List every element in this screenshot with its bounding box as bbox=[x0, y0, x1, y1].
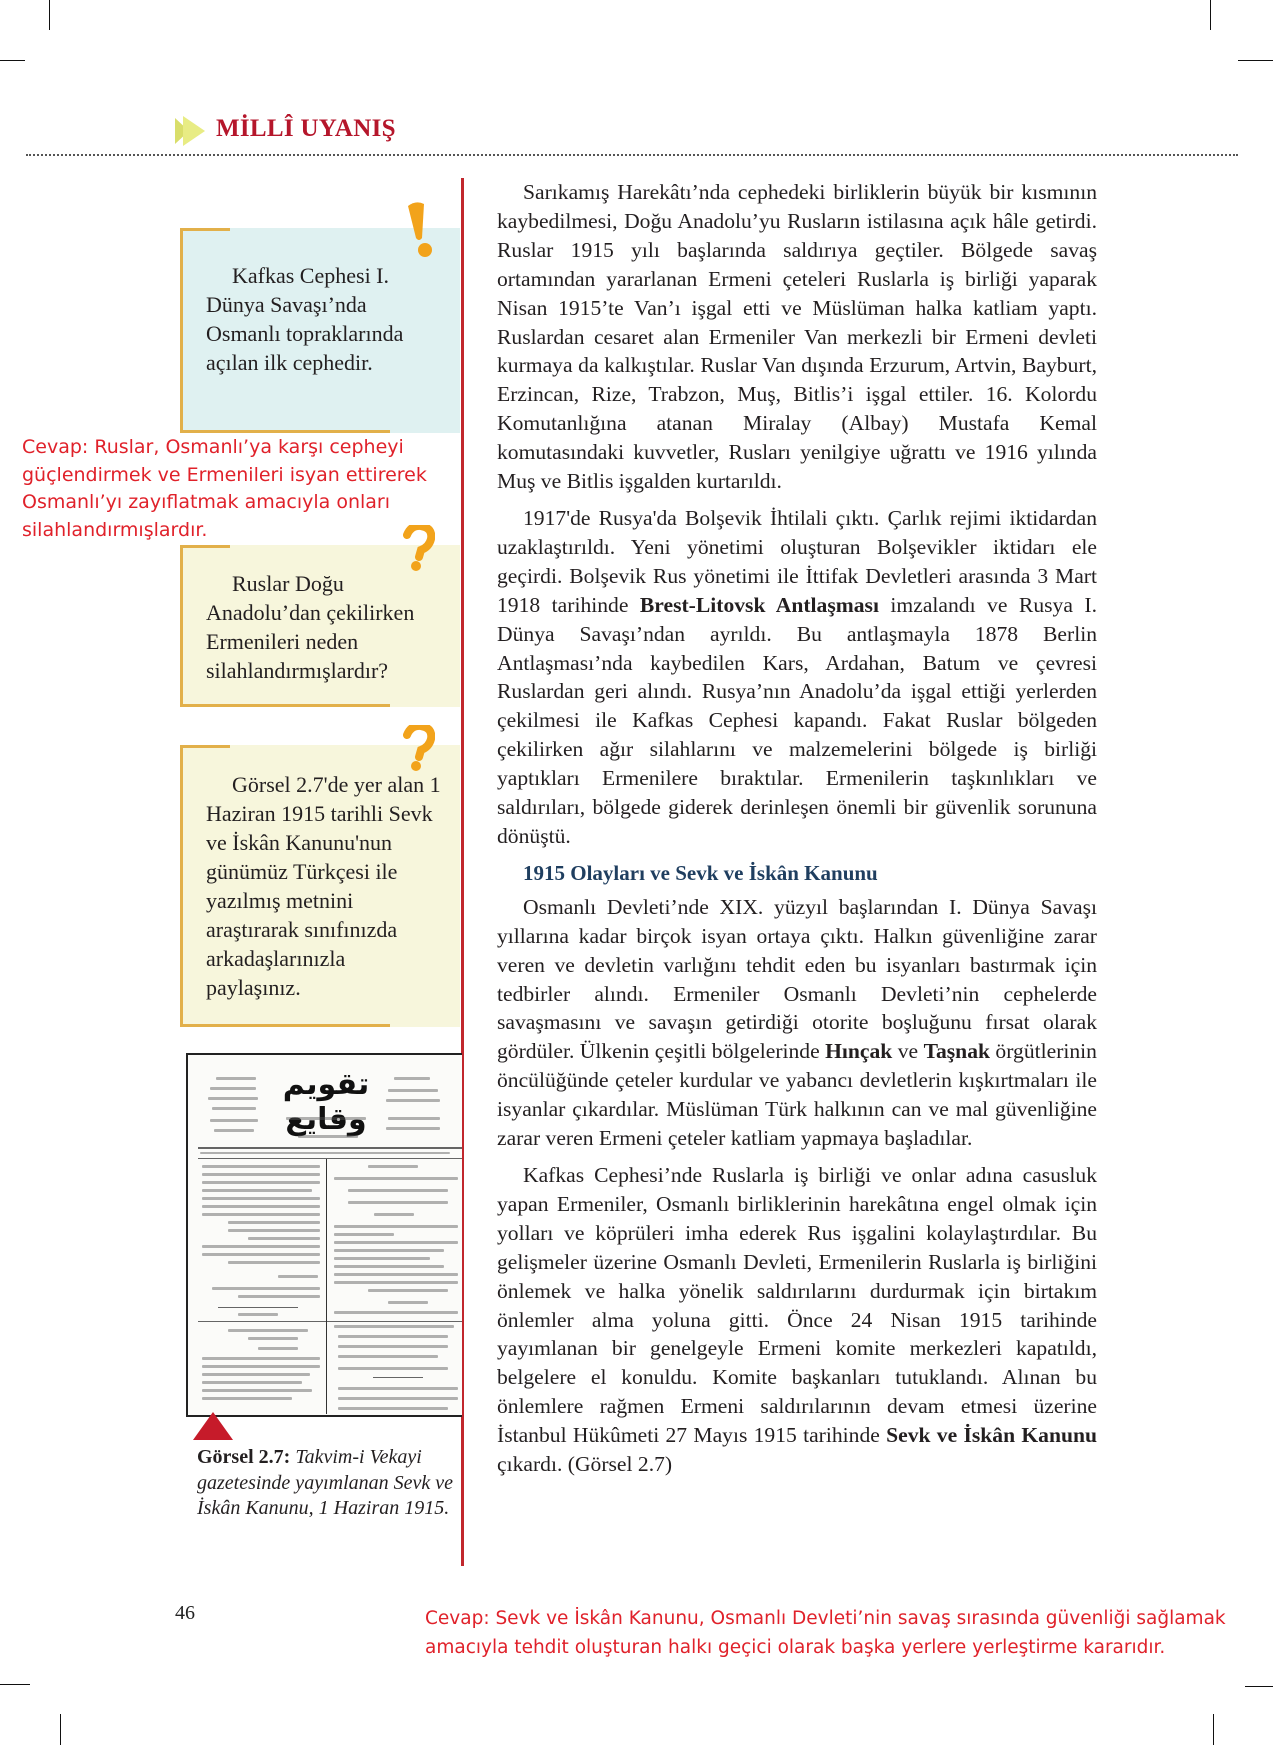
paragraph-sevk-iskan: Kafkas Cephesi’nde Ruslarla iş birliği v… bbox=[497, 1161, 1097, 1479]
main-text-column: Sarıkamış Harekâtı’nda cephedeki birlikl… bbox=[497, 178, 1097, 1487]
frame-top bbox=[180, 745, 230, 748]
subheading: 1915 Olayları ve Sevk ve İskân Kanunu bbox=[523, 859, 1097, 887]
note-text: Görsel 2.7'de yer alan 1 Haziran 1915 ta… bbox=[206, 770, 444, 1002]
page-number: 46 bbox=[175, 1602, 195, 1625]
crop-mark bbox=[1213, 1714, 1214, 1745]
term-hincak: Hınçak bbox=[825, 1039, 892, 1063]
frame-left bbox=[180, 745, 183, 1027]
paragraph-sarikamis: Sarıkamış Harekâtı’nda cephedeki birlikl… bbox=[497, 178, 1097, 496]
crop-mark bbox=[60, 1714, 61, 1745]
crop-mark bbox=[0, 1684, 30, 1685]
paragraph-rebellions: Osmanlı Devleti’nde XIX. yüzyıl başların… bbox=[497, 893, 1097, 1153]
note-text: Ruslar Doğu Anadolu’dan çekilirken Ermen… bbox=[206, 569, 444, 685]
crop-mark bbox=[1210, 0, 1211, 30]
question-mark-icon bbox=[403, 725, 435, 775]
crop-mark bbox=[0, 60, 25, 61]
note-text: Kafkas Cephesi I. Dünya Savaşı’nda Osman… bbox=[206, 261, 444, 377]
term-brest-litovsk: Brest-Litovsk Antlaşması bbox=[640, 593, 879, 617]
frame-top bbox=[180, 545, 230, 548]
question-mark-icon bbox=[403, 525, 435, 575]
frame-top bbox=[180, 228, 230, 231]
figure-marker-triangle-icon bbox=[193, 1412, 233, 1440]
caption-label: Görsel 2.7: bbox=[197, 1446, 290, 1468]
figure-caption: Görsel 2.7: Takvim-i Vekayi gazetesinde … bbox=[197, 1445, 462, 1522]
frame-bottom bbox=[180, 1024, 390, 1027]
double-arrow-right-icon bbox=[175, 116, 209, 146]
term-tasnak: Taşnak bbox=[924, 1039, 990, 1063]
frame-left bbox=[180, 545, 183, 707]
term-sevk-iskan-kanunu: Sevk ve İskân Kanunu bbox=[886, 1423, 1097, 1447]
newspaper-image: تقويم وقايع bbox=[186, 1053, 462, 1417]
answer-text-2: Cevap: Sevk ve İskân Kanunu, Osmanlı Dev… bbox=[425, 1604, 1265, 1662]
crop-mark bbox=[49, 0, 50, 30]
paragraph-bolshevik: 1917'de Rusya'da Bolşevik İhtilali çıktı… bbox=[497, 504, 1097, 851]
newspaper-masthead: تقويم وقايع bbox=[266, 1067, 386, 1137]
crop-mark bbox=[1238, 60, 1273, 61]
question-note-box: Görsel 2.7'de yer alan 1 Haziran 1915 ta… bbox=[180, 745, 460, 1027]
frame-left bbox=[180, 228, 183, 433]
exclamation-icon bbox=[402, 200, 438, 264]
crop-mark bbox=[1245, 1686, 1273, 1687]
answer-text-1: Cevap: Ruslar, Osmanlı’ya karşı cepheyi … bbox=[22, 434, 462, 544]
section-title: MİLLÎ UYANIŞ bbox=[216, 115, 396, 143]
frame-bottom bbox=[180, 704, 390, 707]
header-dotted-divider bbox=[26, 154, 1238, 156]
frame-bottom bbox=[180, 430, 390, 433]
